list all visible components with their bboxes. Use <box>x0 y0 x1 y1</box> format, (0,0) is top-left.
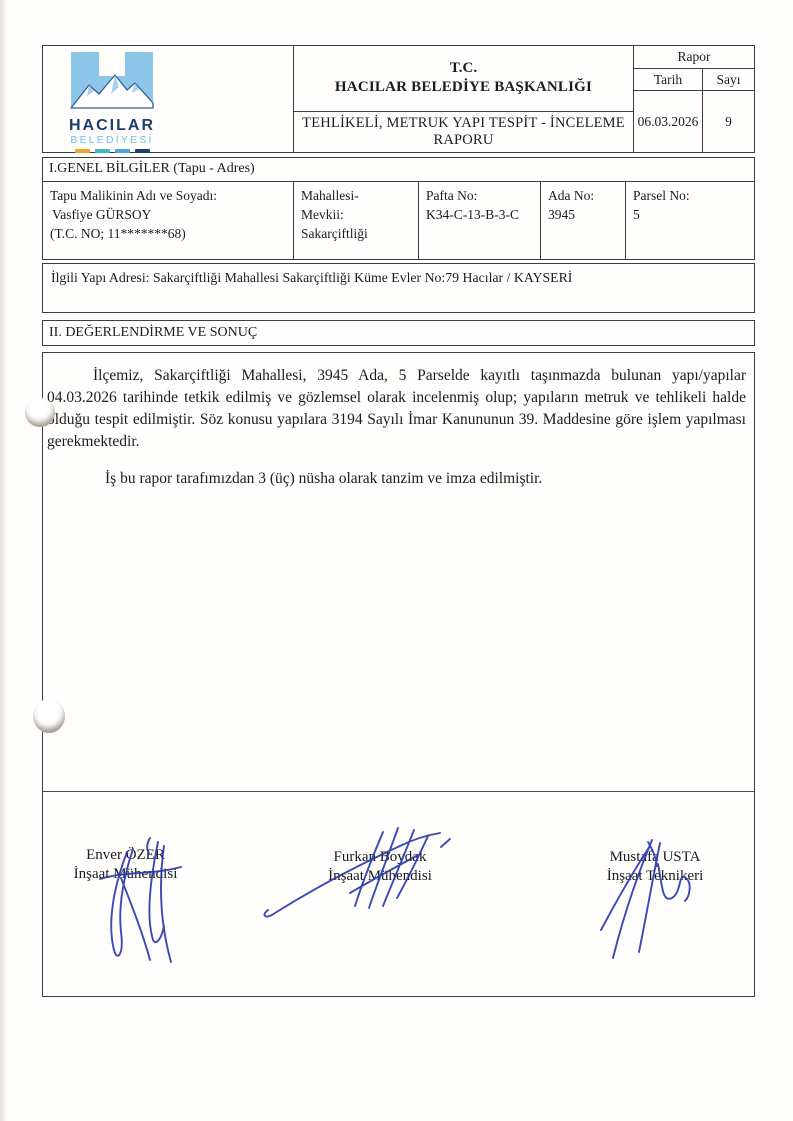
signatory-block-1: Enver ÖZER İnşaat Mühendisi <box>58 846 193 884</box>
punch-hole-bottom <box>33 699 65 733</box>
number-label: Sayı <box>703 69 754 90</box>
report-meta-headers: Tarih Sayı <box>634 69 754 91</box>
building-address-box: İlgili Yapı Adresi: Sakarçiftliği Mahall… <box>42 263 755 313</box>
authority-title-block: T.C. HACILAR BELEDİYE BAŞKANLIĞI <box>294 46 633 112</box>
signatory-block-2: Furkan Boydak İnşaat Mühendisi <box>300 848 460 886</box>
scan-edge-shadow <box>0 0 7 1121</box>
report-meta-title: Rapor <box>634 46 754 69</box>
parsel-label: Parsel No: <box>633 186 750 205</box>
neighborhood-cell: Mahallesi- Mevkii: Sakarçiftliği <box>294 182 419 259</box>
neighborhood-label-2: Mevkii: <box>301 205 414 224</box>
evaluation-body-box: İlçemiz, Sakarçiftliği Mahallesi, 3945 A… <box>42 352 755 997</box>
title-cell: T.C. HACILAR BELEDİYE BAŞKANLIĞI TEHLİKE… <box>294 46 634 152</box>
signatory-title: İnşaat Mühendisi <box>58 865 193 884</box>
signatory-title: İnşaat Teknikeri <box>580 867 730 886</box>
date-value: 06.03.2026 <box>634 91 703 152</box>
pafta-value: K34-C-13-B-3-C <box>426 205 536 224</box>
date-label: Tarih <box>634 69 703 90</box>
scanned-report-page: HACILAR BELEDİYESİ T.C. HACILAR BELEDİYE… <box>0 0 793 1121</box>
parsel-value: 5 <box>633 205 750 224</box>
hacilar-monogram-icon <box>66 99 158 116</box>
logo-color-dashes-icon <box>57 149 167 153</box>
owner-name: Vasfiye GÜRSOY <box>50 205 289 224</box>
signature-area-divider <box>43 791 754 792</box>
report-header-table: HACILAR BELEDİYESİ T.C. HACILAR BELEDİYE… <box>42 45 755 153</box>
pafta-cell: Pafta No: K34-C-13-B-3-C <box>419 182 541 259</box>
general-info-row: Tapu Malikinin Adı ve Soyadı: Vasfiye GÜ… <box>43 182 754 259</box>
parsel-cell: Parsel No: 5 <box>626 182 754 259</box>
municipality-logo: HACILAR BELEDİYESİ <box>57 50 167 153</box>
report-title: TEHLİKELİ, METRUK YAPI TESPİT - İNCELEME… <box>294 112 633 152</box>
logo-subname-text: BELEDİYESİ <box>57 134 167 146</box>
pafta-label: Pafta No: <box>426 186 536 205</box>
signatory-name: Mustafa USTA <box>580 848 730 867</box>
owner-label: Tapu Malikinin Adı ve Soyadı: <box>50 186 289 205</box>
country-abbrev: T.C. <box>294 59 633 77</box>
signatory-title: İnşaat Mühendisi <box>300 867 460 886</box>
section2-title-box: II. DEĞERLENDİRME VE SONUÇ <box>42 320 755 346</box>
neighborhood-label-1: Mahallesi- <box>301 186 414 205</box>
signatory-name: Enver ÖZER <box>58 846 193 865</box>
ada-cell: Ada No: 3945 <box>541 182 626 259</box>
owner-cell: Tapu Malikinin Adı ve Soyadı: Vasfiye GÜ… <box>43 182 294 259</box>
punch-hole-top <box>25 398 55 427</box>
copies-paragraph: İş bu rapor tarafımızdan 3 (üç) nüsha ol… <box>47 468 746 490</box>
owner-tc-number: (T.C. NO; 11*******68) <box>50 224 289 243</box>
ada-value: 3945 <box>548 205 621 224</box>
logo-cell: HACILAR BELEDİYESİ <box>43 46 294 152</box>
ada-label: Ada No: <box>548 186 621 205</box>
number-value: 9 <box>703 91 754 152</box>
report-meta-values: 06.03.2026 9 <box>634 91 754 152</box>
section1-title: I.GENEL BİLGİLER (Tapu - Adres) <box>43 158 754 182</box>
building-address: İlgili Yapı Adresi: Sakarçiftliği Mahall… <box>51 270 572 285</box>
section2-title: II. DEĞERLENDİRME VE SONUÇ <box>49 325 257 340</box>
report-meta-box: Rapor Tarih Sayı 06.03.2026 9 <box>634 46 754 152</box>
municipality-name: HACILAR BELEDİYE BAŞKANLIĞI <box>294 77 633 97</box>
signatory-name: Furkan Boydak <box>300 848 460 867</box>
neighborhood-value: Sakarçiftliği <box>301 224 414 243</box>
general-info-table: I.GENEL BİLGİLER (Tapu - Adres) Tapu Mal… <box>42 157 755 260</box>
logo-name-text: HACILAR <box>57 118 167 134</box>
evaluation-paragraph: İlçemiz, Sakarçiftliği Mahallesi, 3945 A… <box>47 365 746 453</box>
signatory-block-3: Mustafa USTA İnşaat Teknikeri <box>580 848 730 886</box>
